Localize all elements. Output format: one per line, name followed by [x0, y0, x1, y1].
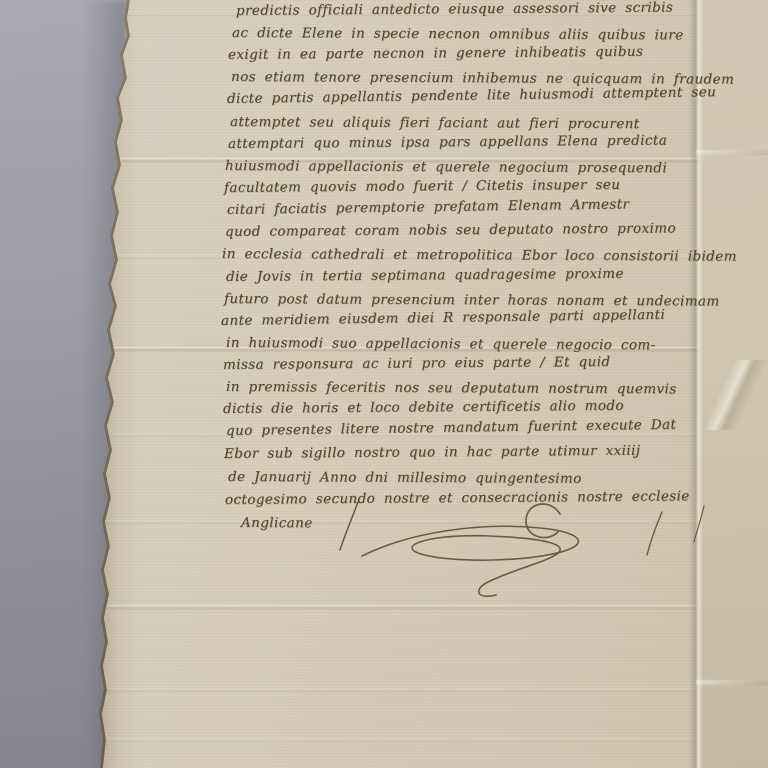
manuscript-line: missa responsura ac iuri pro eius parte …	[223, 352, 611, 375]
manuscript-line: die Jovis in tertia septimana quadragesi…	[226, 264, 624, 287]
manuscript-line: Ebor sub sigillo nostro quo in hac parte…	[224, 441, 641, 464]
manuscript-line: quod compareat coram nobis seu deputato …	[225, 218, 676, 242]
photo-of-manuscript: predictis officiali antedicto eiusque as…	[0, 0, 768, 768]
manuscript-line: exigit in ea parte necnon in genere inhi…	[228, 42, 643, 65]
manuscript-line: attemptari quo minus ipsa pars appellans…	[228, 131, 667, 154]
manuscript-line: citari faciatis peremptorie prefatam Ele…	[227, 194, 630, 220]
manuscript-line: predictis officiali antedicto eiusque as…	[236, 0, 673, 21]
manuscript-line: quo presentes litere nostre mandatum fue…	[226, 415, 677, 441]
manuscript-line: in ecclesia cathedrali et metropolitica …	[222, 244, 737, 267]
signature-flourish	[300, 470, 720, 620]
